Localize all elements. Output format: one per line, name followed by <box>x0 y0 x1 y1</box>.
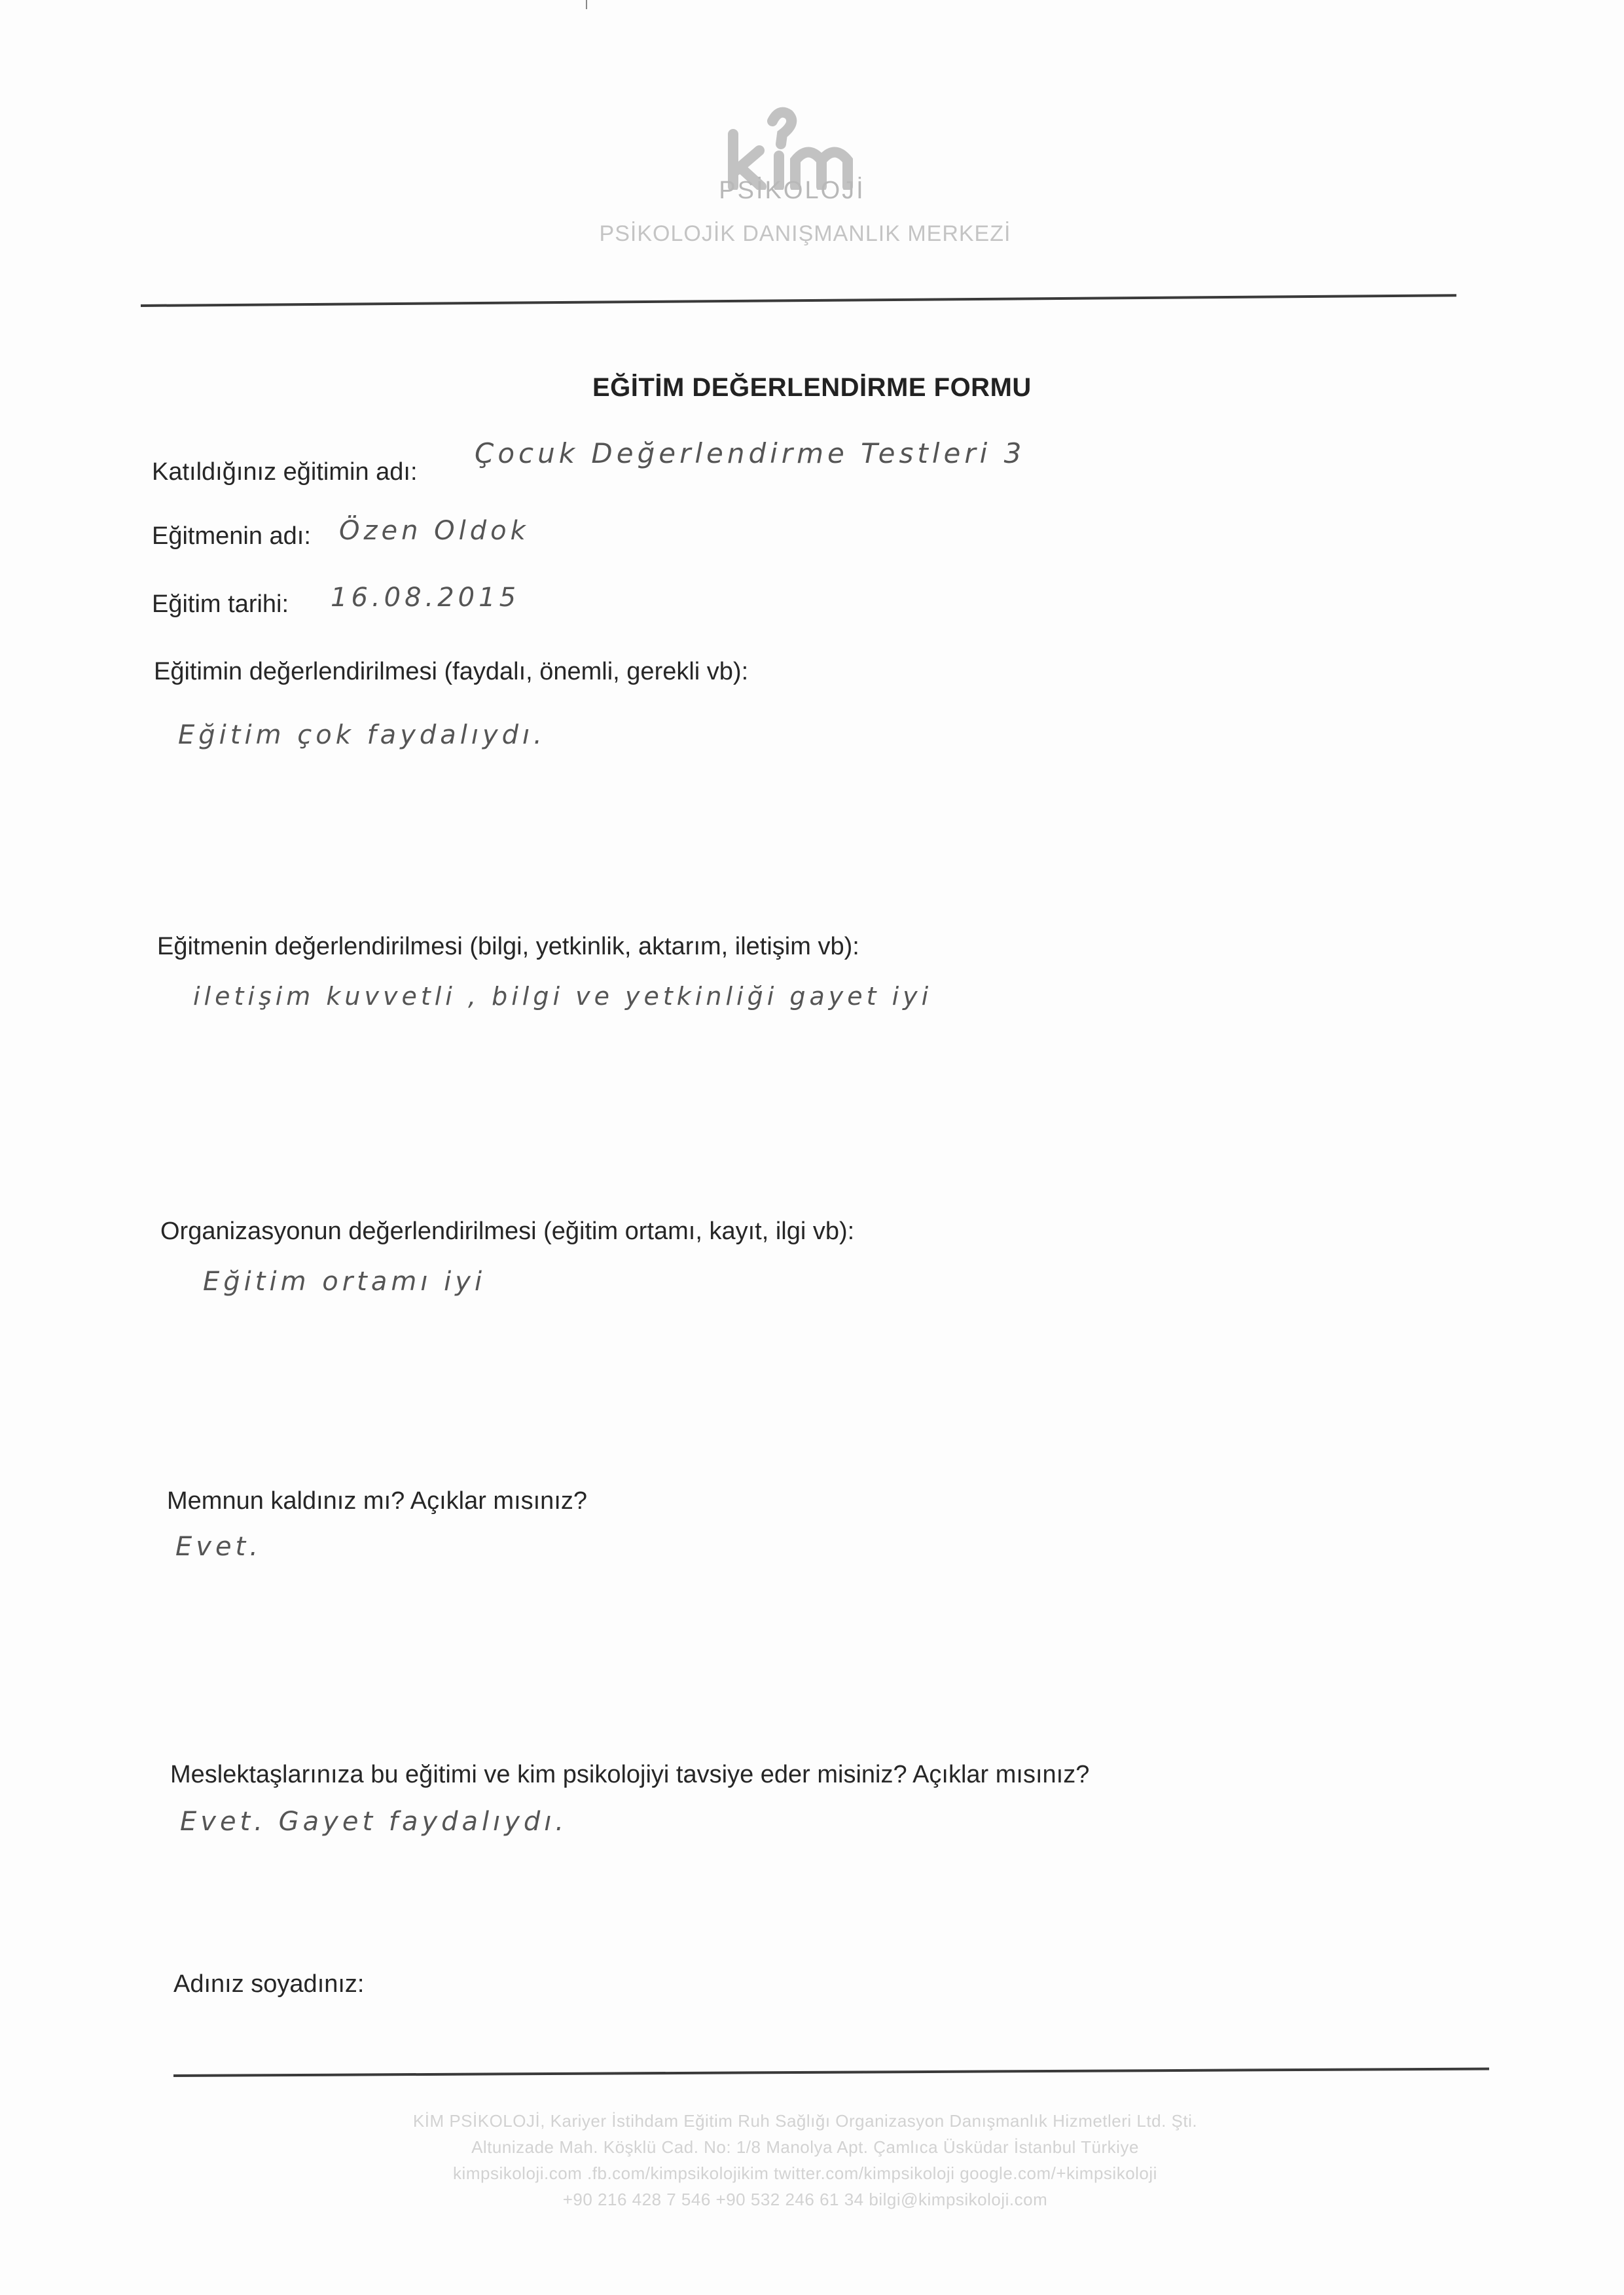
training-date-label: Eğitim tarihi: <box>152 590 289 619</box>
logo-tagline: PSİKOLOJİK DANIŞMANLIK MERKEZİ <box>569 221 1041 247</box>
training-date-value[interactable]: 16.08.2015 <box>331 583 520 613</box>
satisfaction-question-label: Memnun kaldınız mı? Açıklar mısınız? <box>167 1487 587 1515</box>
organization-evaluation-answer[interactable]: Eğitim ortamı iyi <box>203 1267 486 1297</box>
trainer-evaluation-label: Eğitmenin değerlendirilmesi (bilgi, yetk… <box>157 933 859 961</box>
course-name-value[interactable]: Çocuk Değerlendirme Testleri 3 <box>475 437 1025 469</box>
course-name-label: Katıldığınız eğitimin adı: <box>152 458 418 486</box>
organization-evaluation-label: Organizasyonun değerlendirilmesi (eğitim… <box>160 1218 854 1246</box>
trainer-name-value[interactable]: Özen Oldok <box>339 516 530 546</box>
footer-divider <box>173 2067 1489 2077</box>
evaluation-form-page: PSİKOLOJİ PSİKOLOJİK DANIŞMANLIK MERKEZİ… <box>0 0 1624 2295</box>
recommend-answer[interactable]: Evet. Gayet faydalıydı. <box>180 1807 568 1837</box>
footer-address: Altunizade Mah. Köşklü Cad. No: 1/8 Mano… <box>249 2137 1362 2158</box>
satisfaction-answer[interactable]: Evet. <box>175 1532 262 1562</box>
training-evaluation-answer[interactable]: Eğitim çok faydalıydı. <box>178 720 546 750</box>
training-evaluation-label: Eğitimin değerlendirilmesi (faydalı, öne… <box>154 658 748 686</box>
logo-subtitle: PSİKOLOJİ <box>710 177 874 205</box>
footer-company: KİM PSİKOLOJİ, Kariyer İstihdam Eğitim R… <box>249 2111 1362 2131</box>
scan-artifact <box>586 0 587 9</box>
form-title: EĞİTİM DEĞERLENDİRME FORMU <box>592 373 1032 403</box>
trainer-evaluation-answer[interactable]: iletişim kuvvetli , bilgi ve yetkinliği … <box>193 982 932 1011</box>
footer-web: kimpsikoloji.com .fb.com/kimpsikolojikim… <box>249 2163 1362 2184</box>
footer-contact: +90 216 428 7 546 +90 532 246 61 34 bilg… <box>249 2190 1362 2210</box>
recommend-question-label: Meslektaşlarınıza bu eğitimi ve kim psik… <box>170 1761 1089 1789</box>
full-name-label: Adınız soyadınız: <box>173 1970 365 1998</box>
trainer-name-label: Eğitmenin adı: <box>152 522 311 551</box>
header-divider <box>141 294 1456 307</box>
